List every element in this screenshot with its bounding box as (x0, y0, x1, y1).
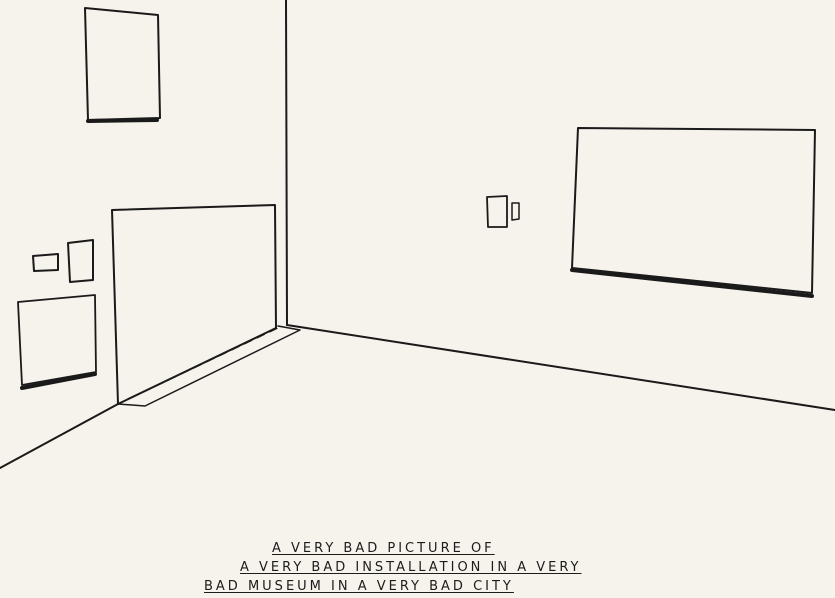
floor-line-right (287, 325, 835, 410)
wall-corner-line (286, 0, 287, 325)
freestanding-panel (112, 205, 300, 406)
caption-line-2: A VERY BAD INSTALLATION IN A VERY (240, 560, 835, 575)
small-works-left (18, 240, 96, 388)
floor-line-left (0, 404, 118, 468)
caption-line-1: A VERY BAD PICTURE OF (272, 541, 835, 556)
small-works-back-wall (487, 196, 519, 227)
caption-line-3: BAD MUSEUM IN A VERY BAD CITY (204, 579, 835, 594)
painting-top-left (85, 8, 160, 121)
painting-right-large (572, 128, 815, 296)
gallery-room-sketch (0, 0, 835, 598)
